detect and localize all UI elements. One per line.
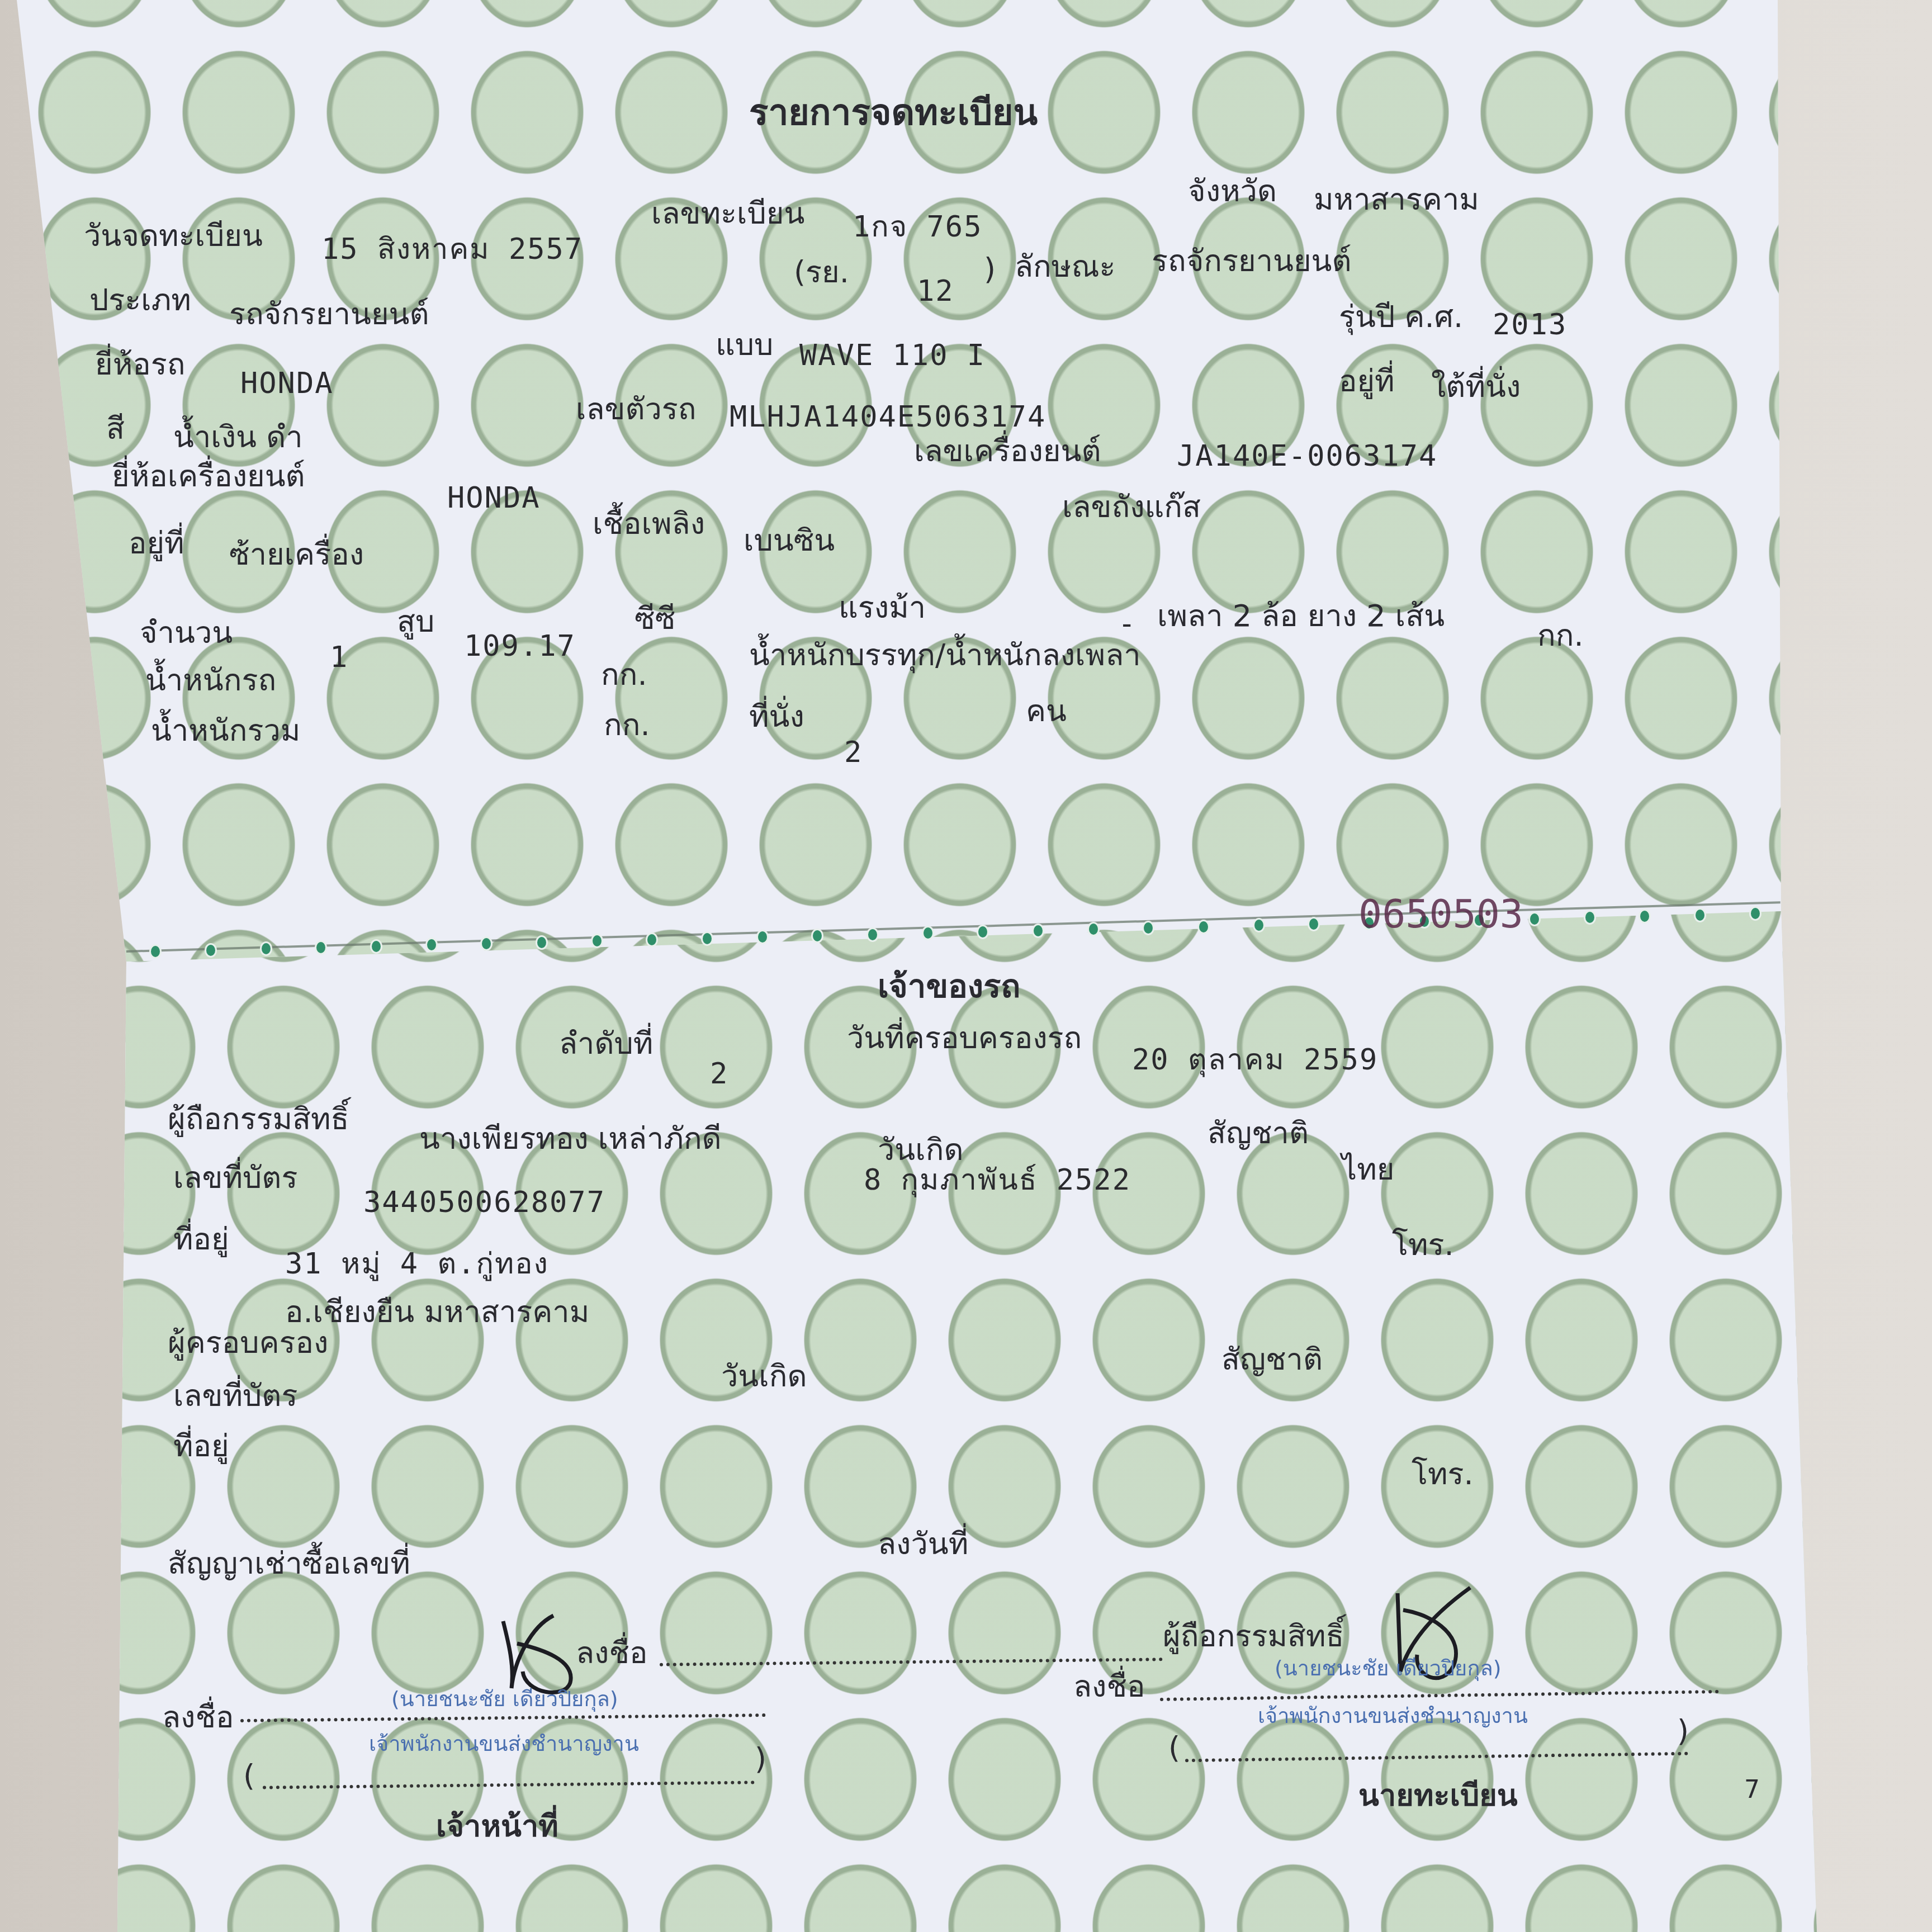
owner-sign-role: ผู้ถือกรรมสิทธิ์ <box>1163 1621 1344 1651</box>
owner-address-line1: 31 หมู่ 4 ต.กู่ทอง <box>285 1249 549 1278</box>
hp-label: แรงม้า <box>839 593 926 623</box>
category-value: รถจักรยานยนต์ <box>229 299 429 329</box>
sequence-value: 2 <box>710 1059 728 1088</box>
model-value: WAVE 110 I <box>799 341 986 370</box>
chassis-location-label: อยู่ที่ <box>1339 366 1395 396</box>
right-role-label: นายทะเบียน <box>1358 1781 1518 1811</box>
type-code-prefix: (รย. <box>794 257 849 287</box>
engine-brand-label: ยี่ห้อเครื่องยนต์ <box>112 461 305 491</box>
owner-birth-label: วันเกิด <box>878 1135 963 1165</box>
owner-id-label: เลขที่บัตร <box>173 1163 297 1193</box>
model-year-label: รุ่นปี ค.ศ. <box>1339 302 1463 332</box>
owner-name-value: นางเพียรทอง เหล่าภักดี <box>419 1124 722 1154</box>
close-paren-left: ) <box>755 1744 766 1774</box>
stitch-hole <box>205 943 217 958</box>
possessor-address-label: ที่อยู่ <box>173 1431 229 1461</box>
owner-sign-label-left: ลงชื่อ <box>576 1638 648 1668</box>
hp-value: - <box>1118 609 1137 638</box>
registration-date-value: 15 สิงหาคม 2557 <box>321 235 583 264</box>
possession-date-label: วันที่ครอบครองรถ <box>847 1023 1082 1053</box>
plate-label: เลขทะเบียน <box>651 198 804 229</box>
hire-purchase-label: สัญญาเช่าซื้อเลขที่ <box>168 1549 410 1579</box>
stitch-hole <box>260 941 272 956</box>
owner-nationality-label: สัญชาติ <box>1207 1118 1309 1148</box>
seats-value: 2 <box>844 738 863 767</box>
stitch-hole <box>536 935 548 950</box>
stitch-hole <box>1528 912 1541 926</box>
possessor-label: ผู้ครอบครอง <box>168 1328 328 1358</box>
possessor-birth-label: วันเกิด <box>721 1361 807 1391</box>
stitch-hole <box>1694 908 1706 922</box>
chassis-location-value: ใต้ที่นั่ง <box>1431 372 1521 402</box>
serial-number: 0650503 <box>1358 894 1523 934</box>
owner-address-line2: อ.เชียงยืน มหาสารคาม <box>285 1297 589 1327</box>
vehicle-weight-label: น้ำหนักรถ <box>145 665 276 695</box>
fuel-value: เบนซิน <box>744 525 835 556</box>
cc-value: 109.17 <box>464 632 576 661</box>
stitch-hole <box>1749 906 1761 921</box>
officer-stamp-title-right: เจ้าพนักงานขนส่งชำนาญงาน <box>1258 1705 1528 1726</box>
type-code-value: 12 <box>917 277 954 306</box>
open-paren-left: ( <box>243 1761 255 1791</box>
stitch-hole <box>370 939 382 954</box>
stitch-hole <box>1032 924 1044 938</box>
stitch-hole <box>866 927 879 942</box>
engine-brand-value: HONDA <box>447 484 541 513</box>
close-paren-right: ) <box>1677 1716 1689 1746</box>
officer-stamp-name-right: (นายชนะชัย เดียวปิยกุล) <box>1275 1658 1502 1679</box>
stitch-hole <box>756 930 769 944</box>
load-weight-unit: กก. <box>1537 621 1584 651</box>
axle-info: เพลา 2 ล้อ ยาง 2 เส้น <box>1157 601 1445 631</box>
document-title: รายการจดทะเบียน <box>749 95 1038 131</box>
seats-label: ที่นั่ง <box>749 702 804 732</box>
color-label: สี <box>106 414 125 444</box>
category-label: ประเภท <box>89 285 191 315</box>
sequence-label: ลำดับที่ <box>559 1029 653 1059</box>
officer-stamp-name-left: (นายชนะชัย เดียวปิยกุล) <box>391 1688 618 1710</box>
engine-location-value: ซ้ายเครื่อง <box>229 539 364 570</box>
owner-id-value: 3440500628077 <box>363 1188 605 1217</box>
vehicle-weight-unit: กก. <box>601 660 647 690</box>
owner-phone-label: โทร. <box>1392 1230 1454 1260</box>
type-code-suffix: ) <box>984 254 996 285</box>
stitch-hole <box>1253 918 1265 932</box>
chassis-no-label: เลขตัวรถ <box>576 394 697 424</box>
owner-birth-value: 8 กุมภาพันธ์ 2522 <box>864 1166 1131 1195</box>
officer-sign-label-right: ลงชื่อ <box>1073 1671 1145 1702</box>
engine-location-label: อยู่ที่ <box>129 528 184 558</box>
chassis-no-value: MLHJA1404E5063174 <box>730 402 1046 432</box>
contract-date-label: ลงวันที่ <box>878 1529 968 1559</box>
total-weight-unit: กก. <box>604 710 650 740</box>
gas-tank-label: เลขถังแก๊ส <box>1062 492 1201 522</box>
engine-no-label: เลขเครื่องยนต์ <box>914 436 1101 466</box>
possessor-phone-label: โทร. <box>1412 1459 1474 1489</box>
fuel-label: เชื้อเพลิง <box>593 509 705 539</box>
province-label: จังหวัด <box>1188 176 1277 206</box>
engine-no-value: JA140E-0063174 <box>1177 442 1437 471</box>
cc-unit: ซีซี <box>634 604 675 634</box>
style-value: รถจักรยานยนต์ <box>1152 246 1352 276</box>
stitch-hole <box>1087 922 1100 936</box>
plate-value: 1กจ 765 <box>853 212 983 241</box>
officer-stamp-title-left: เจ้าพนักงานขนส่งชำนาญงาน <box>369 1733 639 1754</box>
style-label: ลักษณะ <box>1015 252 1115 282</box>
left-role-label: เจ้าหน้าที่ <box>436 1811 558 1841</box>
load-weight-label: น้ำหนักบรรทุก/น้ำหนักลงเพลา <box>749 640 1141 670</box>
stitch-hole <box>701 931 713 946</box>
stitch-hole <box>425 937 438 952</box>
stitch-hole <box>591 934 603 948</box>
owner-label: ผู้ถือกรรมสิทธิ์ <box>168 1104 349 1134</box>
open-paren-right: ( <box>1168 1733 1180 1763</box>
cylinders-value: 1 <box>330 643 348 672</box>
seats-unit: คน <box>1026 696 1067 726</box>
owner-nationality-value: ไทย <box>1342 1154 1394 1185</box>
possession-date-value: 20 ตุลาคม 2559 <box>1132 1045 1378 1074</box>
stitch-hole <box>922 926 934 940</box>
province-value: มหาสารคาม <box>1314 184 1479 215</box>
page-number: 7 <box>1744 1778 1760 1802</box>
cylinders-label: จำนวน <box>140 618 233 648</box>
owner-section-title: เจ้าของรถ <box>878 970 1020 1002</box>
registration-date-label: วันจดทะเบียน <box>84 221 263 251</box>
stitch-hole <box>1584 910 1596 925</box>
owner-address-label: ที่อยู่ <box>173 1224 229 1254</box>
total-weight-label: น้ำหนักรวม <box>151 716 300 746</box>
officer-sign-label-left: ลงชื่อ <box>162 1702 234 1732</box>
model-label: แบบ <box>716 330 773 360</box>
brand-value: HONDA <box>240 369 334 398</box>
color-value: น้ำเงิน ดำ <box>173 422 303 452</box>
possessor-nationality-label: สัญชาติ <box>1221 1344 1323 1375</box>
stitch-hole <box>1197 920 1210 934</box>
model-year-value: 2013 <box>1493 310 1567 339</box>
brand-label: ยี่ห้อรถ <box>95 349 185 380</box>
cylinders-unit: สูบ <box>397 607 434 637</box>
possessor-id-label: เลขที่บัตร <box>173 1381 297 1411</box>
